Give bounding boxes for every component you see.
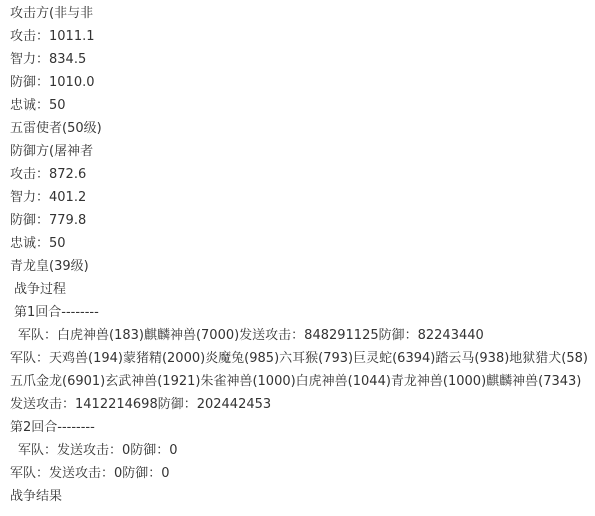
stat-label: 攻击： xyxy=(10,167,49,182)
defender-stat-intelligence: 智力：401.2 xyxy=(10,186,590,209)
attacker-stat-defense: 防御：1010.0 xyxy=(10,71,590,94)
stat-value: 779.8 xyxy=(49,213,86,228)
attacker-stat-intelligence: 智力：834.5 xyxy=(10,48,590,71)
stat-label: 智力： xyxy=(10,190,49,205)
stat-label: 防御： xyxy=(10,75,49,90)
stat-label: 攻击： xyxy=(10,29,49,44)
defender-header: 防御方(屠神者 xyxy=(10,140,590,163)
attacker-general: 五雷使者(50级) xyxy=(10,117,590,140)
round-2-title: 第2回合-------- xyxy=(10,416,590,439)
battle-result-title: 战争结果 xyxy=(10,485,590,508)
stat-label: 智力： xyxy=(10,52,49,67)
stat-label: 忠诚： xyxy=(10,236,49,251)
stat-label: 忠诚： xyxy=(10,98,49,113)
battle-process-title: 战争过程 xyxy=(10,278,590,301)
defender-stat-attack: 攻击：872.6 xyxy=(10,163,590,186)
defender-stat-loyalty: 忠诚：50 xyxy=(10,232,590,255)
stat-value: 50 xyxy=(49,98,66,113)
defender-stat-defense: 防御：779.8 xyxy=(10,209,590,232)
stat-value: 872.6 xyxy=(49,167,86,182)
round-2-attacker-army: 军队：发送攻击：0防御：0 xyxy=(10,439,590,462)
round-2-defender-army: 军队：发送攻击：0防御：0 xyxy=(10,462,590,485)
attacker-stat-attack: 攻击：1011.1 xyxy=(10,25,590,48)
stat-value: 1010.0 xyxy=(49,75,95,90)
stat-value: 834.5 xyxy=(49,52,86,67)
stat-value: 1011.1 xyxy=(49,29,95,44)
attacker-header: 攻击方(非与非 xyxy=(10,2,590,25)
round-1-attacker-army: 军队：白虎神兽(183)麒麟神兽(7000)发送攻击：848291125防御：8… xyxy=(10,324,590,347)
defender-general: 青龙皇(39级) xyxy=(10,255,590,278)
stat-value: 50 xyxy=(49,236,66,251)
battle-report: 攻击方(非与非 攻击：1011.1 智力：834.5 防御：1010.0 忠诚：… xyxy=(10,2,590,508)
attacker-stat-loyalty: 忠诚：50 xyxy=(10,94,590,117)
round-1-defender-army: 军队：天鸡兽(194)蒙猪精(2000)炎魔兔(985)六耳猴(793)巨灵蛇(… xyxy=(10,347,590,416)
round-1-title: 第1回合-------- xyxy=(10,301,590,324)
stat-label: 防御： xyxy=(10,213,49,228)
stat-value: 401.2 xyxy=(49,190,86,205)
